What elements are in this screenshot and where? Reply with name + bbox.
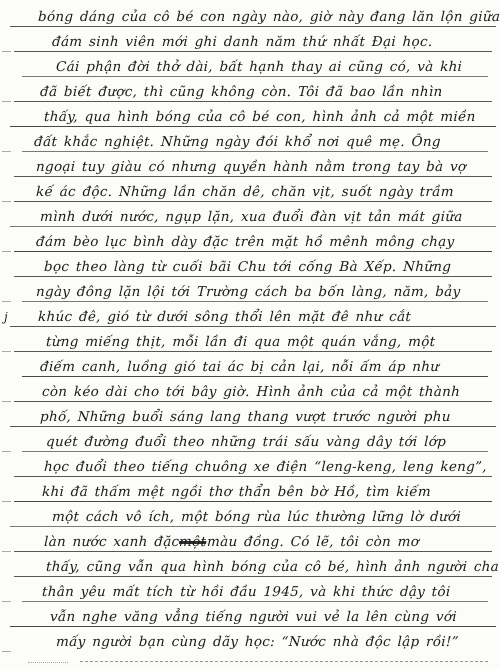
line-text: ngoại tuy giàu có nhưng quyền hành nằm t… xyxy=(36,155,467,180)
handwritten-line: kế ác độc. Những lần chăn dê, chăn vịt, … xyxy=(30,180,486,205)
line-text: kế ác độc. Những lần chăn dê, chăn vịt, … xyxy=(36,180,455,205)
line-text: ngày đông lặn lội tới Trường cách ba bốn… xyxy=(36,280,461,305)
handwritten-line: đám sinh viên mới ghi danh năm thứ nhất … xyxy=(30,30,486,55)
line-text: quét đường đuổi theo những trái sấu vàng… xyxy=(46,430,447,455)
handwritten-line: từng miếng thịt, mỗi lần đi qua một quán… xyxy=(30,330,486,355)
handwritten-line: còn kéo dài cho tới bây giờ. Hình ảnh củ… xyxy=(30,380,486,405)
handwritten-line: mình dưới nước, ngụp lặn, xua đuổi đàn v… xyxy=(30,205,486,230)
struck-word: một xyxy=(179,530,207,555)
handwritten-line: ngoại tuy giàu có nhưng quyền hành nằm t… xyxy=(30,155,486,180)
line-text: thấy, qua hình bóng của cô bé con, hình … xyxy=(44,105,476,130)
handwritten-line: thấy, cũng vẫn qua hình bóng của cô bé, … xyxy=(30,555,486,580)
line-text: đã biết được, thì cũng không còn. Tôi đã… xyxy=(40,80,443,105)
handwritten-line: phố, Những buổi sáng lang thang vượt trư… xyxy=(30,405,486,430)
handwritten-line: điếm canh, luồng gió tai ác bị cản lại, … xyxy=(30,355,486,380)
manuscript-page: bóng dáng của cô bé con ngày nào, giờ nà… xyxy=(0,0,500,669)
line-text: vẫn nghe văng vẳng tiếng người vui vẻ la… xyxy=(50,605,458,630)
faint-bottom-rule xyxy=(80,661,488,662)
line-text: đất khắc nghiệt. Những ngày đói khổ nơi … xyxy=(34,130,442,155)
line-text: phố, Những buổi sáng lang thang vượt trư… xyxy=(40,405,452,430)
handwritten-line: bọc theo làng từ cuối bãi Chu tới cống B… xyxy=(30,255,486,280)
line-text: Cái phận đời thở dài, bất hạnh thay ai c… xyxy=(56,55,463,80)
line-text: thấy, cũng vẫn qua hình bóng của cô bé, … xyxy=(46,555,500,580)
handwritten-line: quét đường đuổi theo những trái sấu vàng… xyxy=(30,430,486,455)
line-text: từng miếng thịt, mỗi lần đi qua một quán… xyxy=(46,330,436,355)
line-text: đám bèo lục bình dày đặc trên mặt hồ mên… xyxy=(36,230,455,255)
handwritten-line: ngày đông lặn lội tới Trường cách ba bốn… xyxy=(30,280,486,305)
handwritten-line: j khúc đê, gió từ dưới sông thổi lên mặt… xyxy=(30,305,486,330)
handwritten-line: thấy, qua hình bóng của cô bé con, hình … xyxy=(30,105,486,130)
handwritten-line: đã biết được, thì cũng không còn. Tôi đã… xyxy=(30,80,486,105)
line-text: bọc theo làng từ cuối bãi Chu tới cống B… xyxy=(44,255,452,280)
faint-bottom-rule-fragment xyxy=(28,662,68,663)
handwritten-line: vẫn nghe văng vẳng tiếng người vui vẻ la… xyxy=(30,605,486,630)
handwritten-line: làn nước xanh đặc một màu đồng. Có lẽ, t… xyxy=(30,530,486,555)
handwritten-line: mấy người bạn cùng dãy học: “Nước nhà độ… xyxy=(30,630,486,655)
handwritten-line: Cái phận đời thở dài, bất hạnh thay ai c… xyxy=(30,55,486,80)
line-text: học đuổi theo tiếng chuông xe điện “leng… xyxy=(44,455,488,480)
line-text: màu đồng. Có lẽ, tôi còn mơ xyxy=(206,530,419,555)
handwritten-line: thân yêu mất tích từ hồi đầu 1945, và kh… xyxy=(30,580,486,605)
manuscript-lines: bóng dáng của cô bé con ngày nào, giờ nà… xyxy=(30,5,486,655)
line-text: điếm canh, luồng gió tai ác bị cản lại, … xyxy=(40,355,440,380)
stray-margin-mark: j xyxy=(4,305,8,330)
line-text: khúc đê, gió từ dưới sông thổi lên mặt đ… xyxy=(38,305,412,330)
line-text: khi đã thấm mệt ngồi thơ thẩn bên bờ Hồ,… xyxy=(42,480,432,505)
line-text: còn kéo dài cho tới bây giờ. Hình ảnh củ… xyxy=(42,380,461,405)
line-text: mấy người bạn cùng dãy học: “Nước nhà độ… xyxy=(56,630,460,655)
handwritten-line: đám bèo lục bình dày đặc trên mặt hồ mên… xyxy=(30,230,486,255)
handwritten-line: bóng dáng của cô bé con ngày nào, giờ nà… xyxy=(30,5,486,30)
line-text: một cách vô ích, một bóng rùa lúc thường… xyxy=(52,505,462,530)
line-text: thân yêu mất tích từ hồi đầu 1945, và kh… xyxy=(42,580,451,605)
line-text: đám sinh viên mới ghi danh năm thứ nhất … xyxy=(52,30,433,55)
handwritten-line: khi đã thấm mệt ngồi thơ thẩn bên bờ Hồ,… xyxy=(30,480,486,505)
line-text: làn nước xanh đặc xyxy=(44,530,180,555)
handwritten-line: đất khắc nghiệt. Những ngày đói khổ nơi … xyxy=(30,130,486,155)
line-text: bóng dáng của cô bé con ngày nào, giờ nà… xyxy=(38,5,500,30)
handwritten-line: học đuổi theo tiếng chuông xe điện “leng… xyxy=(30,455,486,480)
handwritten-line: một cách vô ích, một bóng rùa lúc thường… xyxy=(30,505,486,530)
line-text: mình dưới nước, ngụp lặn, xua đuổi đàn v… xyxy=(40,205,463,230)
